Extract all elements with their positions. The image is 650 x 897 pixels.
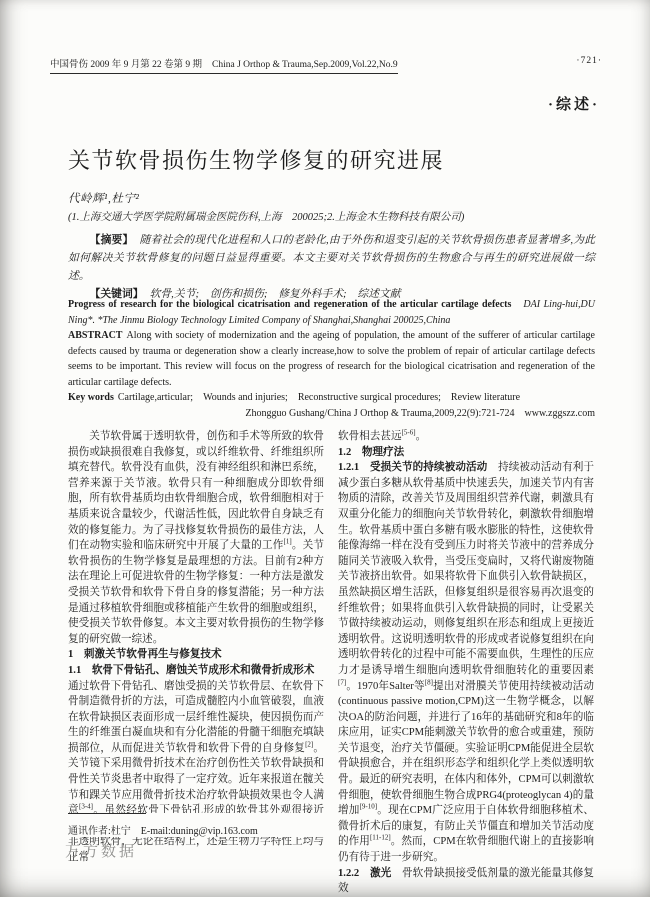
citation: Zhongguo Gushang/China J Orthop & Trauma… — [68, 406, 595, 422]
page-header: 中国骨伤 2009 年 9 月第 22 卷第 9 期China J Orthop… — [50, 56, 602, 74]
body-paragraph: 软骨相去甚远[5-6]。 — [338, 429, 594, 445]
affiliation: (1.上海交通大学医学院附属瑞金医院伤科,上海 200025;2.上海金木生物科… — [68, 209, 464, 224]
journal-info-en: China J Orthop & Trauma,Sep.2009,Vol.22,… — [212, 60, 398, 70]
en-affiliation: *The Jinmu Biology Technology Limited Co… — [97, 315, 450, 326]
section-heading: 1 刺激关节软骨再生与修复技术 — [68, 647, 324, 663]
en-abstract-body: Along with society of modernization and … — [68, 330, 595, 388]
en-keywords: Key wordsCartilage,articular; Wounds and… — [68, 390, 595, 406]
abstract-en: Progress of research for the biological … — [68, 297, 595, 421]
en-title: Progress of research for the biological … — [68, 299, 511, 310]
journal-info-cn: 中国骨伤 2009 年 9 月第 22 卷第 9 期 — [50, 60, 202, 70]
en-keywords-label: Key words — [68, 392, 114, 403]
watermark: 万方数据 — [65, 840, 137, 861]
footnote-divider — [68, 813, 146, 814]
en-keywords-body: Cartilage,articular; Wounds and injuries… — [118, 392, 520, 403]
right-column: 软骨相去甚远[5-6]。1.2 物理疗法1.2.1 受损关节的持续被动活动 持续… — [338, 429, 594, 897]
page-number: ·721· — [576, 56, 602, 66]
abstract-cn-text: 【摘要】随着社会的现代化进程和人口的老龄化,由于外伤和退变引起的关节软骨损伤患者… — [68, 231, 595, 285]
body-paragraph: 1.2.1 受损关节的持续被动活动 持续被动活动有利于减少蛋白多糖从软骨基质中快… — [338, 460, 594, 865]
abstract-cn: 【摘要】随着社会的现代化进程和人口的老龄化,由于外伤和退变引起的关节软骨损伤患者… — [68, 231, 595, 303]
correspondence: 通讯作者:杜宁 E-mail:duning@vip.163.com — [68, 822, 326, 837]
body-paragraph: 1.2.2 激光 骨软骨缺损接受低剂量的激光能量其修复效 — [338, 866, 594, 897]
en-title-line: Progress of research for the biological … — [68, 297, 595, 328]
section-heading: 1.2 物理疗法 — [338, 445, 594, 461]
journal-page: 中国骨伤 2009 年 9 月第 22 卷第 9 期China J Orthop… — [0, 0, 650, 897]
abstract-cn-body: 随着社会的现代化进程和人口的老龄化,由于外伤和退变引起的关节软骨损伤患者显著增多… — [68, 234, 595, 282]
en-abstract: ABSTRACTAlong with society of modernizat… — [68, 328, 595, 390]
abstract-label: 【摘要】 — [90, 234, 134, 246]
section-label: ·综述· — [548, 93, 600, 114]
article-title: 关节软骨损伤生物学修复的研究进展 — [68, 144, 444, 175]
body-paragraph: 关节软骨属于透明软骨，创伤和手术等所致的软骨损伤或缺损很难自我修复，或以纤维软骨… — [68, 429, 324, 647]
footnote: 通讯作者:杜宁 E-mail:duning@vip.163.com — [68, 813, 326, 837]
en-abstract-label: ABSTRACT — [68, 330, 122, 341]
authors: 代岭辉¹,杜宁² — [68, 190, 139, 206]
journal-info: 中国骨伤 2009 年 9 月第 22 卷第 9 期China J Orthop… — [50, 56, 398, 74]
